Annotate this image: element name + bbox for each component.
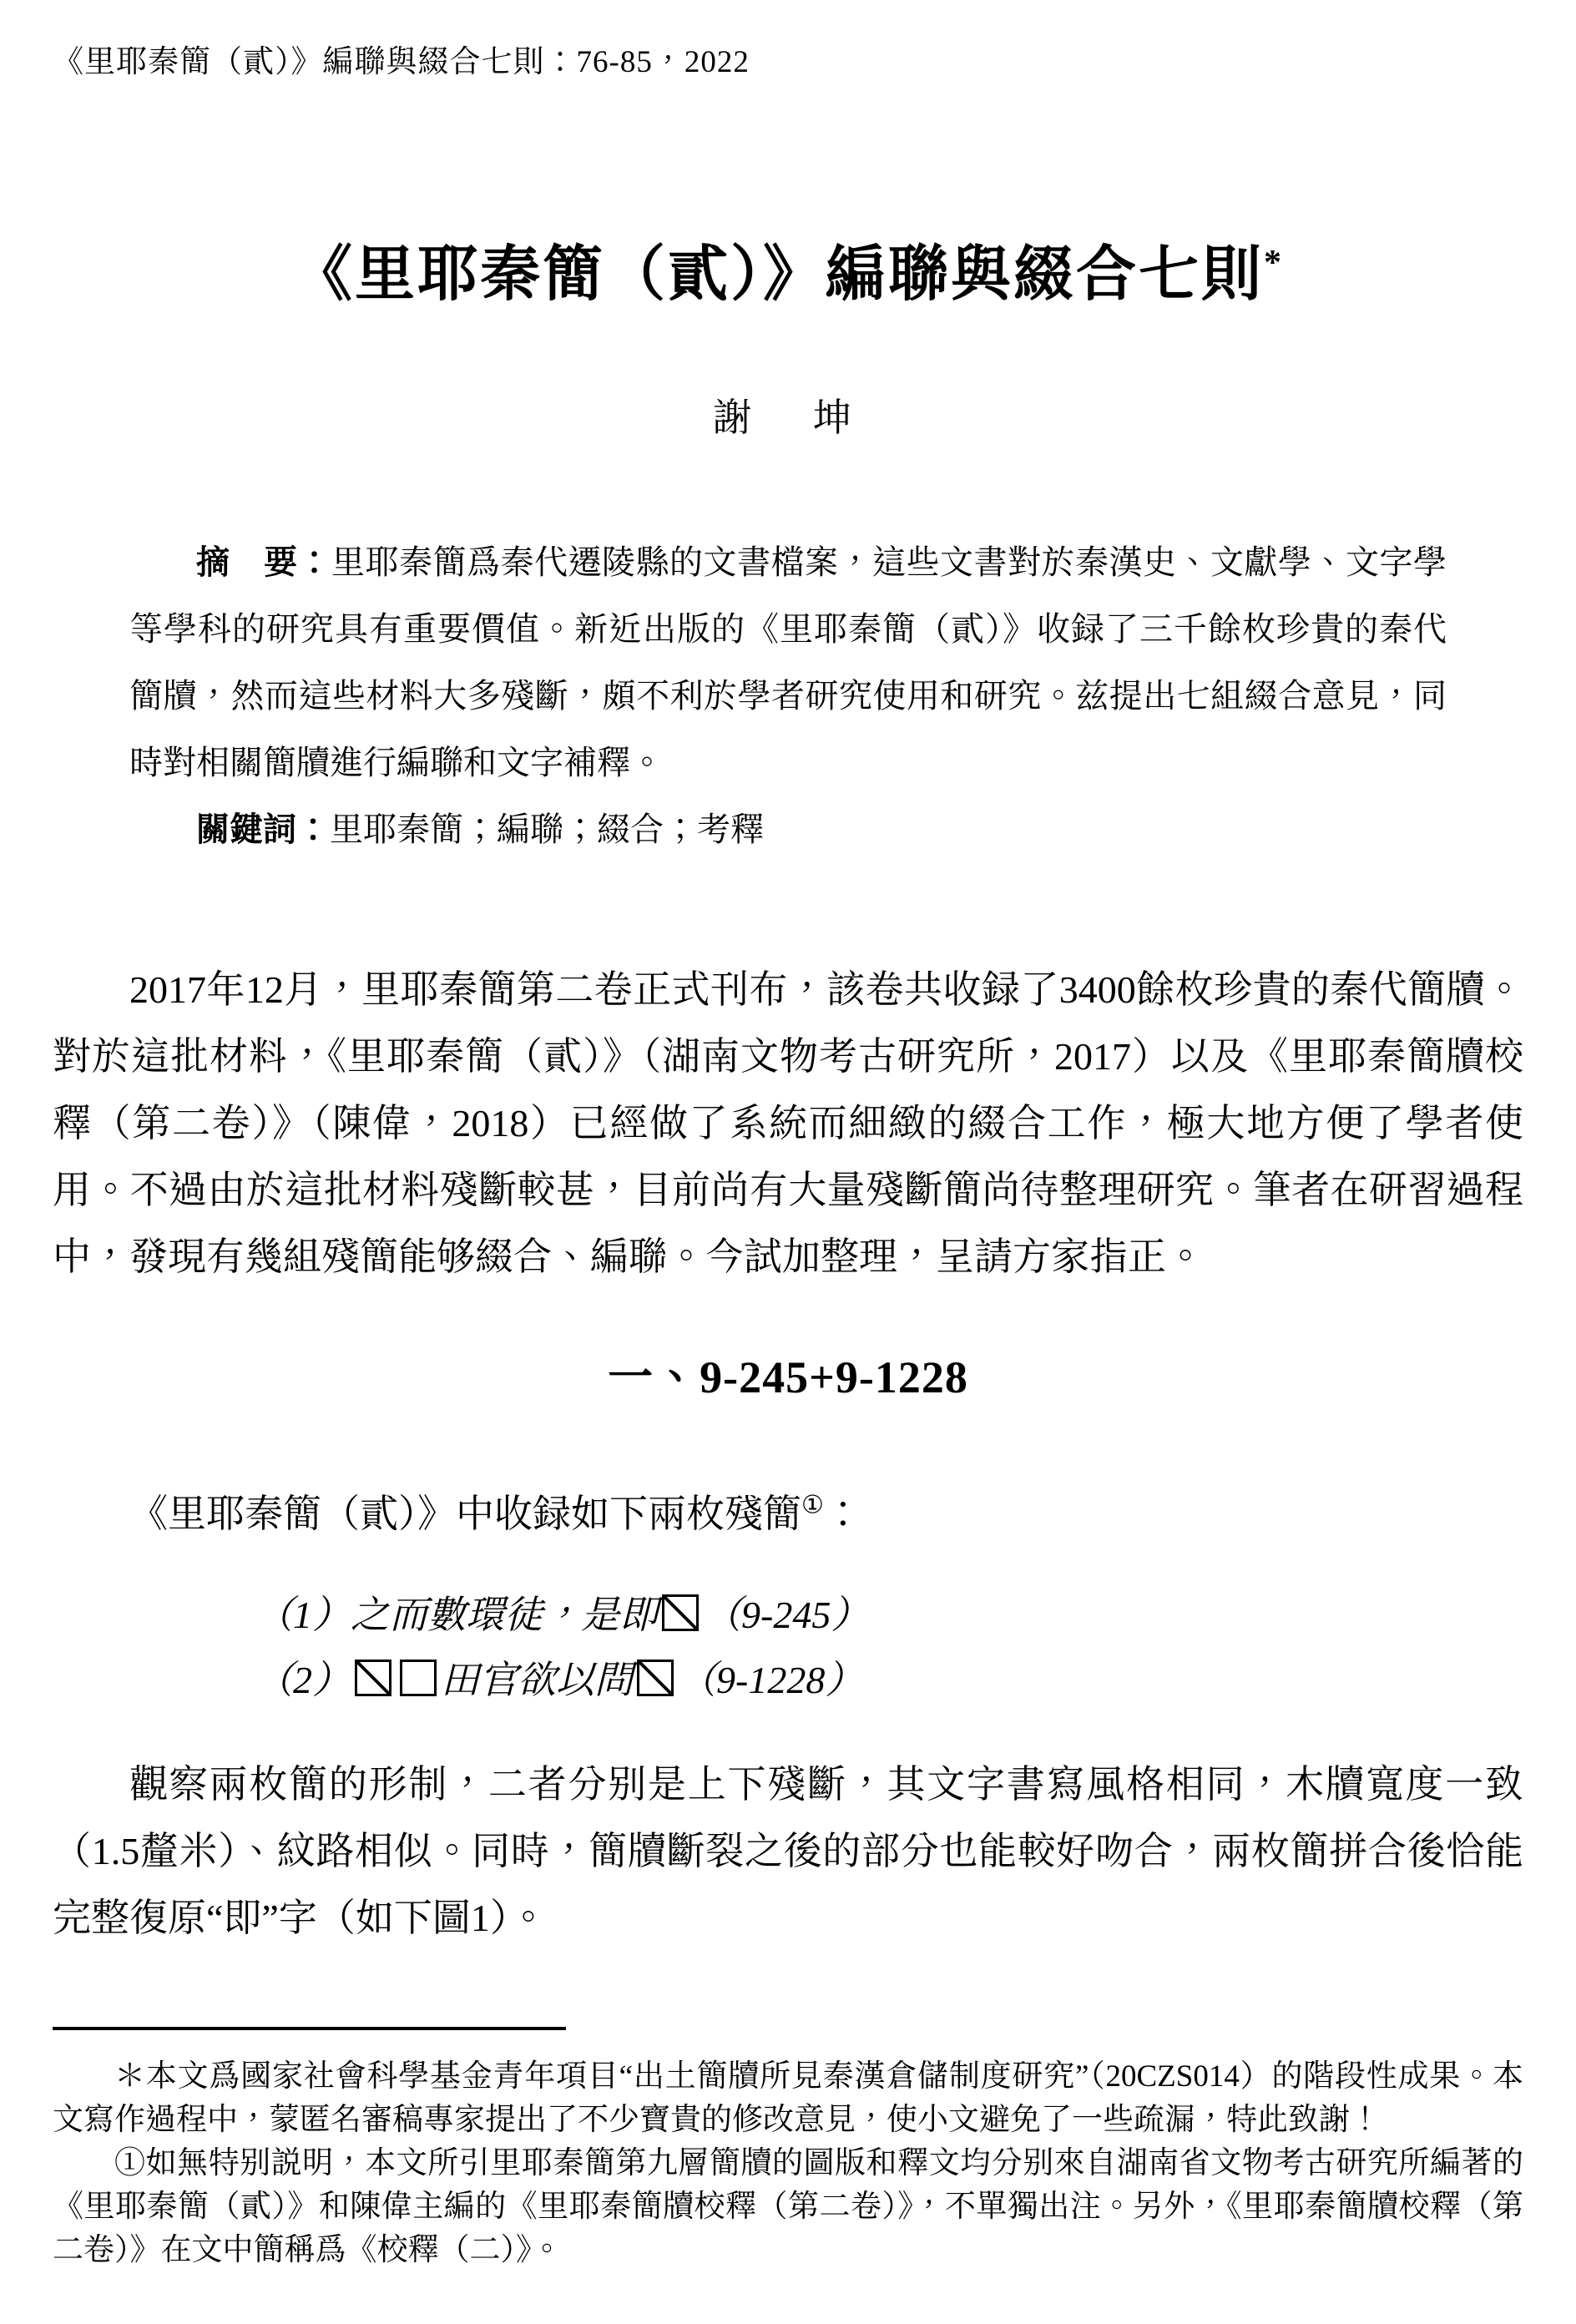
document-page: 《里耶秦簡（貳）》編聯與綴合七則：76-85，2022 《里耶秦簡（貳）》編聯與… bbox=[0, 0, 1576, 2324]
item-text: 之而數環徒，是即 bbox=[351, 1594, 658, 1636]
footnote-1: ①如無特别説明，本文所引里耶秦簡第九層簡牘的圖版和釋文均分别來自湖南省文物考古研… bbox=[53, 2142, 1523, 2272]
analysis-paragraph: 觀察兩枚簡的形制，二者分别是上下殘斷，其文字書寫風格相同，木牘寬度一致（1.5釐… bbox=[53, 1751, 1523, 1952]
footnote-separator bbox=[53, 2027, 566, 2030]
footnote-star: ＊本文爲國家社會科學基金青年項目“出土簡牘所見秦漢倉儲制度研究”（20CZS01… bbox=[53, 2055, 1523, 2142]
page-title-text: 《里耶秦簡（貳）》編聯與綴合七則 bbox=[292, 241, 1264, 308]
item-number: （1） bbox=[255, 1594, 351, 1636]
footnote-area: ＊本文爲國家社會科學基金青年項目“出土簡牘所見秦漢倉儲制度研究”（20CZS01… bbox=[53, 2027, 1523, 2272]
broken-edge-icon bbox=[637, 1660, 674, 1696]
abstract-paragraph: 摘 要：里耶秦簡爲秦代遷陵縣的文書檔案，這些文書對於秦漢史、文獻學、文字學等學科… bbox=[129, 529, 1447, 796]
transcription-item-1: （1）之而數環徒，是即（9-245） bbox=[255, 1583, 1523, 1648]
footnote-ref-1: ① bbox=[801, 1492, 824, 1519]
broken-edge-icon bbox=[662, 1594, 699, 1631]
transcription-list: （1）之而數環徒，是即（9-245） （2）田官欲以問（9-1228） bbox=[53, 1583, 1523, 1713]
intro-paragraph: 2017年12月，里耶秦簡第二卷正式刊布，該卷共收録了3400餘枚珍貴的秦代簡牘… bbox=[53, 957, 1523, 1291]
broken-edge-icon bbox=[355, 1660, 391, 1696]
transcriptions-lead-paragraph: 《里耶秦簡（貳）》中收録如下兩枚殘簡①： bbox=[53, 1481, 1523, 1548]
author-name: 謝 坤 bbox=[53, 387, 1523, 442]
missing-char-icon bbox=[400, 1660, 437, 1696]
item-ref: （9-1228） bbox=[678, 1659, 863, 1701]
page-title: 《里耶秦簡（貳）》編聯與綴合七則* bbox=[53, 239, 1523, 311]
abstract-label: 摘 要： bbox=[196, 543, 331, 581]
lead-text: 《里耶秦簡（貳）》中收録如下兩枚殘簡 bbox=[129, 1493, 801, 1535]
title-footnote-marker: * bbox=[1264, 244, 1284, 282]
item-ref: （9-245） bbox=[703, 1594, 869, 1636]
item-number: （2） bbox=[255, 1659, 351, 1701]
keywords-line: 關鍵詞：里耶秦簡；編聯；綴合；考釋 bbox=[129, 796, 1447, 863]
section-heading-1: 一、9-245+9-1228 bbox=[53, 1351, 1523, 1404]
keywords-text: 里耶秦簡；編聯；綴合；考釋 bbox=[330, 811, 764, 848]
item-text: 田官欲以問 bbox=[441, 1659, 633, 1701]
running-header: 《里耶秦簡（貳）》編聯與綴合七則：76-85，2022 bbox=[53, 43, 1523, 82]
lead-colon: ： bbox=[824, 1493, 862, 1535]
abstract-block: 摘 要：里耶秦簡爲秦代遷陵縣的文書檔案，這些文書對於秦漢史、文獻學、文字學等學科… bbox=[129, 529, 1447, 863]
keywords-label: 關鍵詞： bbox=[196, 811, 330, 848]
transcription-item-2: （2）田官欲以問（9-1228） bbox=[255, 1648, 1523, 1713]
